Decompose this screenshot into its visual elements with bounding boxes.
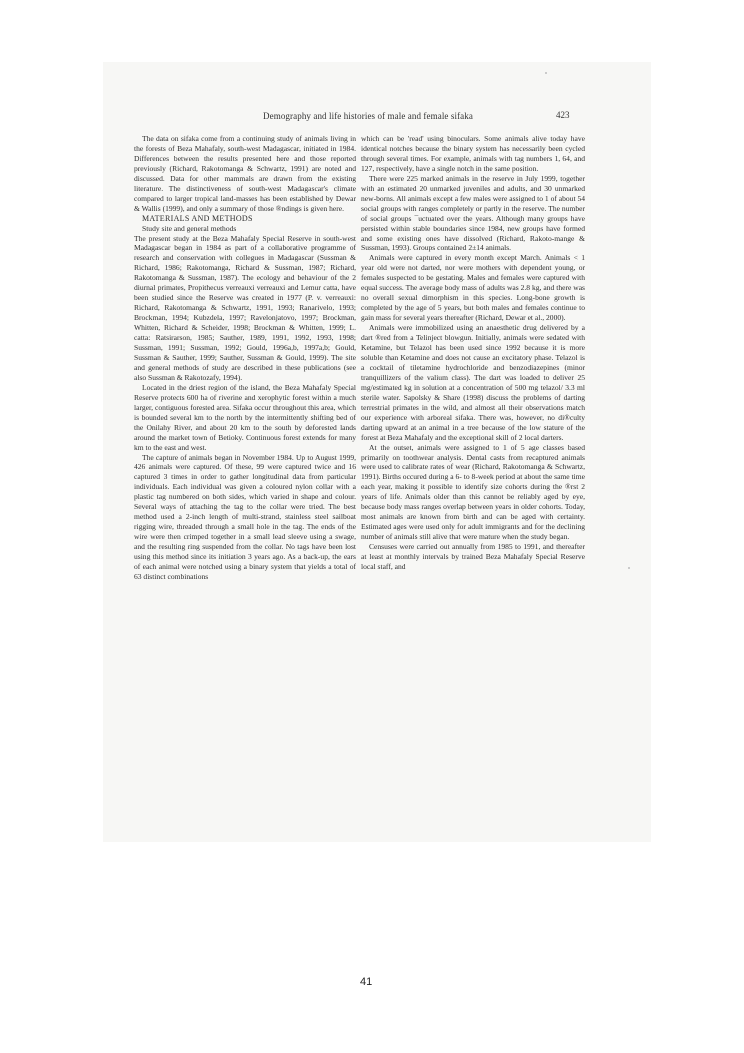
journal-page-number: 423 (556, 110, 570, 120)
right-column: which can be 'read' using binoculars. So… (361, 134, 585, 572)
document-page-number: 41 (360, 976, 372, 988)
intro-paragraph: The data on sifaka come from a continuin… (134, 134, 356, 214)
section-heading: MATERIALS AND METHODS (134, 214, 356, 224)
paragraph-age-classes: At the outset, animals were assigned to … (361, 443, 585, 543)
paragraph-censuses: Censuses were carried out annually from … (361, 542, 585, 572)
paragraph-immobilization: Animals were immobilized using an anaest… (361, 323, 585, 442)
paragraph-location: Located in the driest region of the isla… (134, 383, 356, 453)
paragraph-capture: The capture of animals began in November… (134, 453, 356, 582)
running-title: Demography and life histories of male an… (218, 111, 518, 121)
paragraph-binoculars: which can be 'read' using binoculars. So… (361, 134, 585, 174)
paragraph-marked-animals: There were 225 marked animals in the res… (361, 174, 585, 254)
subsection-heading: Study site and general methods (134, 224, 356, 234)
scan-speck (545, 72, 547, 74)
paragraph-capture-months: Animals were captured in every month exc… (361, 253, 585, 323)
paragraph-study-site: The present study at the Beza Mahafaly S… (134, 234, 356, 383)
left-column: The data on sifaka come from a continuin… (134, 134, 356, 582)
scan-speck (628, 567, 630, 569)
